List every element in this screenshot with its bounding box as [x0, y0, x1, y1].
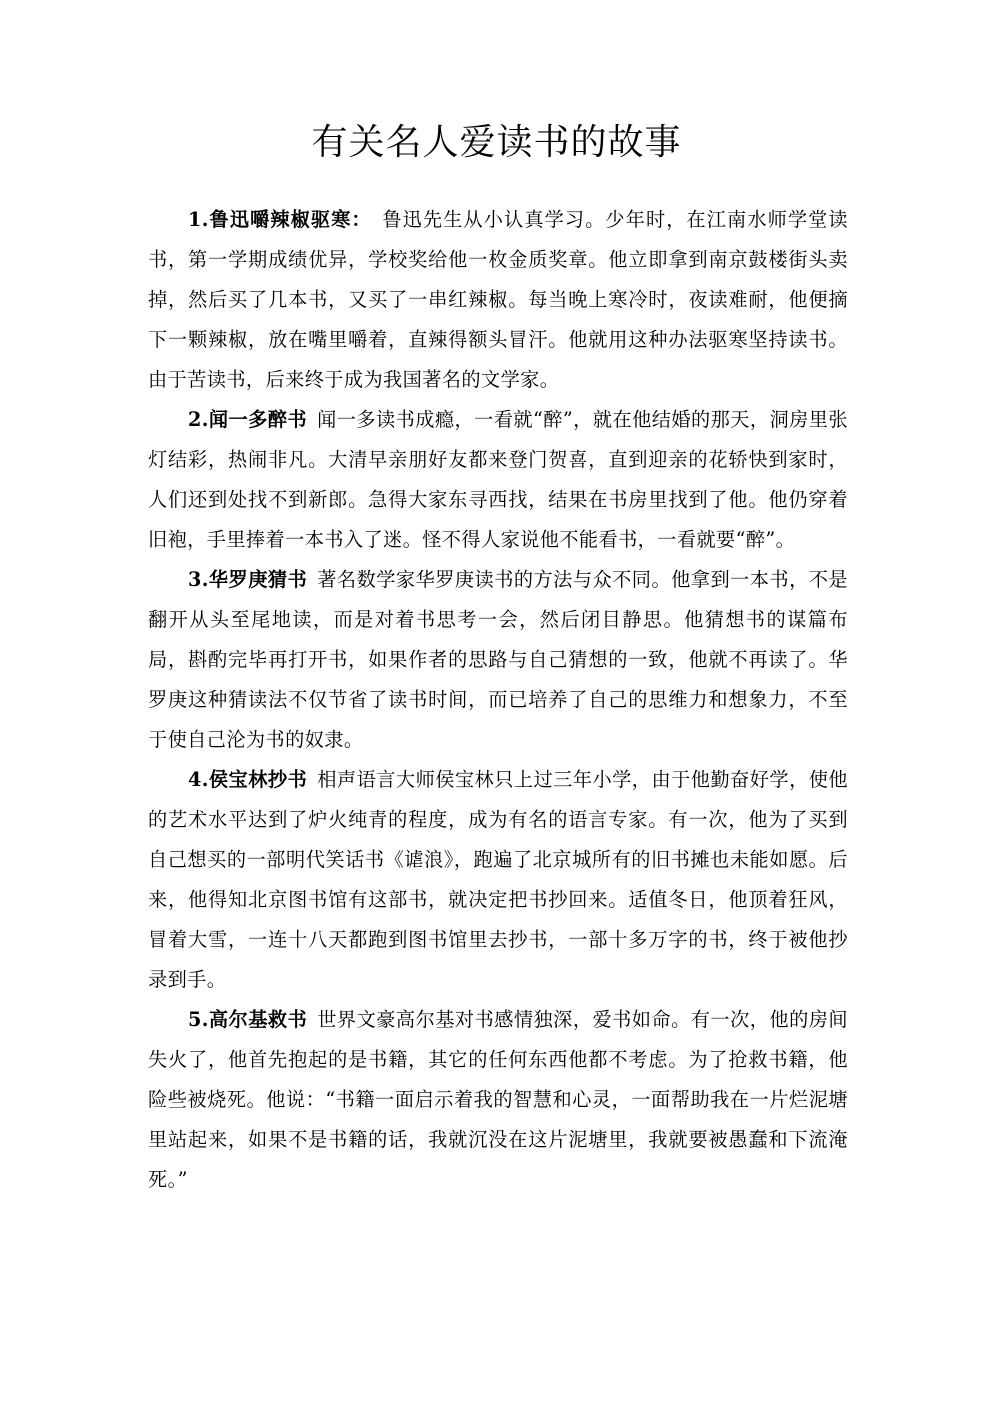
story-heading-4: 4.侯宝林抄书: [188, 768, 307, 791]
story-text-4: 相声语言大师侯宝林只上过三年小学，由于他勤奋好学，使他的艺术水平达到了炉火纯青的…: [148, 768, 848, 991]
story-heading-1: 1.鲁迅嚼辣椒驱寒：: [188, 208, 372, 231]
document-title: 有关名人爱读书的故事: [0, 118, 993, 168]
story-heading-2: 2.闻一多醉书: [188, 408, 307, 431]
story-paragraph-3: 3.华罗庚猜书著名数学家华罗庚读书的方法与众不同。他拿到一本书，不是翻开从头至尾…: [148, 560, 848, 760]
story-paragraph-2: 2.闻一多醉书闻一多读书成瘾，一看就“醉”，就在他结婚的那天，洞房里张灯结彩，热…: [148, 400, 848, 560]
story-text-5: 世界文豪高尔基对书感情独深，爱书如命。有一次，他的房间失火了，他首先抱起的是书籍…: [148, 1008, 848, 1191]
document-page: 有关名人爱读书的故事 1.鲁迅嚼辣椒驱寒：鲁迅先生从小认真学习。少年时，在江南水…: [0, 0, 993, 1404]
story-text-1: 鲁迅先生从小认真学习。少年时，在江南水师学堂读书，第一学期成绩优异，学校奖给他一…: [148, 208, 848, 391]
document-body: 1.鲁迅嚼辣椒驱寒：鲁迅先生从小认真学习。少年时，在江南水师学堂读书，第一学期成…: [148, 200, 848, 1200]
story-paragraph-1: 1.鲁迅嚼辣椒驱寒：鲁迅先生从小认真学习。少年时，在江南水师学堂读书，第一学期成…: [148, 200, 848, 400]
story-heading-5: 5.高尔基救书: [188, 1008, 307, 1031]
story-paragraph-4: 4.侯宝林抄书相声语言大师侯宝林只上过三年小学，由于他勤奋好学，使他的艺术水平达…: [148, 760, 848, 1000]
story-heading-3: 3.华罗庚猜书: [188, 568, 307, 591]
story-paragraph-5: 5.高尔基救书世界文豪高尔基对书感情独深，爱书如命。有一次，他的房间失火了，他首…: [148, 1000, 848, 1200]
story-text-3: 著名数学家华罗庚读书的方法与众不同。他拿到一本书，不是翻开从头至尾地读，而是对着…: [148, 568, 848, 751]
